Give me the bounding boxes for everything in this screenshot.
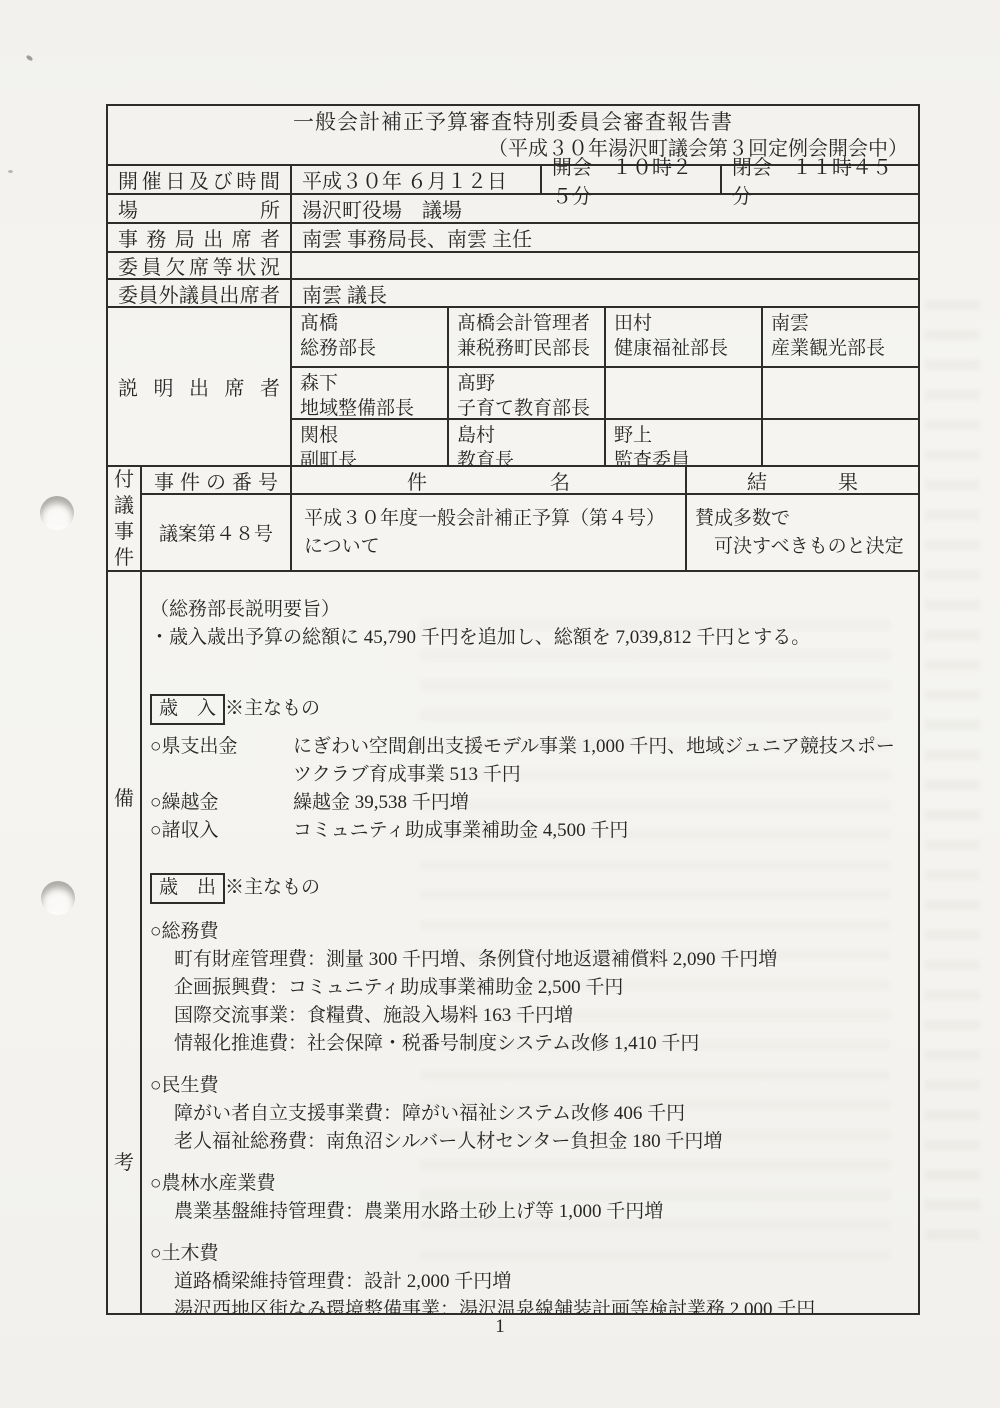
attendee-name: 野上 <box>614 423 753 448</box>
secretariat-label: 事務局出席者 <box>118 223 280 252</box>
nonmember-value: 南雲 議長 <box>292 280 918 306</box>
expense-category: ○民生費 <box>150 1071 906 1100</box>
attendee-name: 南雲 <box>771 311 910 336</box>
attendee-cell: 田村 健康福祉部長 <box>606 308 763 366</box>
attendee-title: 教育長 <box>457 448 596 465</box>
expense-line: 道路橋梁維持管理費：設計 2,000 千円増 <box>150 1268 906 1296</box>
revenue-heading: 歳 入※主なもの <box>150 694 906 725</box>
attendee-name: 田村 <box>614 311 753 336</box>
attendee-name: 髙橋 <box>300 311 439 336</box>
report-title: 一般会計補正予算審査特別委員会審査報告書 <box>108 109 918 136</box>
attendee-name: 関根 <box>300 423 439 448</box>
case-number: 議案第４８号 <box>142 495 292 570</box>
revenue-items: ○県支出金 にぎわい空間創出支援モデル事業 1,000 千円、地域ジュニア競技ス… <box>150 733 906 845</box>
place-label: 場所 <box>118 194 280 223</box>
attendee-title: 産業観光部長 <box>771 336 910 361</box>
attendee-cell: 関根 副町長 <box>292 420 449 465</box>
revenue-item: ○繰越金 繰越金 39,538 千円増 <box>150 789 906 817</box>
expense-box-label: 歳 出 <box>150 873 225 904</box>
hole-punch <box>41 881 75 915</box>
row-place: 場所 湯沢町役場 議場 <box>108 193 918 222</box>
attendee-cell: 森下 地域整備部長 <box>292 368 449 418</box>
notes-side-char-2: 考 <box>114 1146 134 1175</box>
agenda-col-number-label: 事件の番号 <box>154 466 278 495</box>
attendee-title: 健康福祉部長 <box>614 336 753 361</box>
agenda-side-label-cell: 付議事件 <box>108 467 142 570</box>
attendee-cell: 野上 監査委員 <box>606 420 763 465</box>
nonmember-label-cell: 委員外議員出席者 <box>108 280 292 306</box>
attendee-cell-empty <box>606 368 763 418</box>
expense-line: 企画振興費：コミュニティ助成事業補助金 2,500 千円 <box>150 974 906 1002</box>
agenda-header-row: 事件の番号 件名 結果 <box>142 467 918 495</box>
agenda-col-result: 結果 <box>687 467 918 493</box>
scan-speck <box>25 54 33 61</box>
notes-side-char-1: 備 <box>114 782 134 811</box>
attendee-title: 子育て教育部長 <box>457 396 596 418</box>
case-name: 平成３０年度一般会計補正予算（第４号）について <box>292 495 687 570</box>
attendee-cell: 髙橋会計管理者 兼税務町民部長 <box>449 308 606 366</box>
expense-line: 情報化推進費：社会保障・税番号制度システム改修 1,410 千円 <box>150 1030 906 1058</box>
meeting-date: 平成３０年 ６月１２日 <box>292 166 542 193</box>
expense-line: 老人福祉総務費：南魚沼シルバー人材センター負担金 180 千円増 <box>150 1128 906 1156</box>
date-time-label: 開催日及び時間 <box>118 165 280 194</box>
revenue-item-label: ○繰越金 <box>150 789 293 817</box>
absence-value <box>292 253 918 278</box>
revenue-note: ※主なもの <box>225 698 320 719</box>
hole-punch <box>40 496 74 530</box>
attendee-cell-empty <box>763 420 918 465</box>
agenda-case-row: 議案第４８号 平成３０年度一般会計補正予算（第４号）について 賛成多数で 可決す… <box>142 495 918 570</box>
expense-group: ○総務費 町有財産管理費：測量 300 千円増、条例貸付地返還補償料 2,090… <box>150 917 906 1058</box>
expense-category: ○総務費 <box>150 917 906 946</box>
notes-content: （総務部長説明要旨） ・歳入歳出予算の総額に 45,790 千円を追加し、総額を… <box>142 572 918 1313</box>
revenue-item-label: ○諸収入 <box>150 817 293 845</box>
scanned-document-page: { "header": { "title": "一般会計補正予算審査特別委員会審… <box>0 0 1000 1408</box>
expense-line: 湯沢西地区街なみ環境整備事業：湯沢温泉線舗装計画等検討業務 2,000 千円 <box>150 1296 906 1313</box>
attendee-name: 髙橋会計管理者 <box>457 311 596 336</box>
notes-section: 備 考 （総務部長説明要旨） ・歳入歳出予算の総額に 45,790 千円を追加し… <box>108 570 918 1313</box>
committee-report-table: 一般会計補正予算審査特別委員会審査報告書 （平成３０年湯沢町議会第３回定例会開会… <box>106 104 920 1315</box>
summary-line: ・歳入歳出予算の総額に 45,790 千円を追加し、総額を 7,039,812 … <box>150 624 906 652</box>
date-time-label-cell: 開催日及び時間 <box>108 166 292 193</box>
row-nonmember: 委員外議員出席者 南雲 議長 <box>108 278 918 306</box>
expense-group: ○土木費 道路橋梁維持管理費：設計 2,000 千円増 湯沢西地区街なみ環境整備… <box>150 1239 906 1313</box>
revenue-item-desc: コミュニティ助成事業補助金 4,500 千円 <box>293 817 906 845</box>
place-value: 湯沢町役場 議場 <box>292 195 918 222</box>
expense-category: ○土木費 <box>150 1239 906 1268</box>
attendee-title: 副町長 <box>300 448 439 465</box>
row-attendees: 説明出席者 髙橋 総務部長 髙橋会計管理者 兼税務町民部長 田村 健康福祉部長 … <box>108 306 918 465</box>
attendee-name: 島村 <box>457 423 596 448</box>
bleed-through-artifact <box>925 300 980 1250</box>
expense-line: 障がい者自立支援事業費：障がい福祉システム改修 406 千円 <box>150 1100 906 1128</box>
scan-speck <box>8 170 13 173</box>
expense-group: ○農林水産業費 農業基盤維持管理費：農業用水路土砂上げ等 1,000 千円増 <box>150 1169 906 1226</box>
attendees-grid: 髙橋 総務部長 髙橋会計管理者 兼税務町民部長 田村 健康福祉部長 南雲 産業観… <box>292 308 918 465</box>
expense-line: 国際交流事業：食糧費、施設入場料 163 千円増 <box>150 1002 906 1030</box>
revenue-item-desc: にぎわい空間創出支援モデル事業 1,000 千円、地域ジュニア競技スポーツクラブ… <box>293 733 906 789</box>
row-secretariat: 事務局出席者 南雲 事務局長、南雲 主任 <box>108 222 918 251</box>
attendee-title: 総務部長 <box>300 336 439 361</box>
agenda-col-number: 事件の番号 <box>142 467 292 493</box>
agenda-section: 付議事件 事件の番号 件名 結果 議案第４８号 平成３０年度一般会計補正予算（第… <box>108 465 918 570</box>
expense-heading: 歳 出※主なもの <box>150 873 906 904</box>
attendee-cell-empty <box>763 368 918 418</box>
secretariat-value: 南雲 事務局長、南雲 主任 <box>292 224 918 251</box>
attendee-name: 髙野 <box>457 371 596 396</box>
close-time: 閉会 １１時４５分 <box>722 166 918 193</box>
revenue-box-label: 歳 入 <box>150 694 225 725</box>
attendee-cell: 南雲 産業観光部長 <box>763 308 918 366</box>
summary-heading: （総務部長説明要旨） <box>150 596 906 624</box>
expense-line: 農業基盤維持管理費：農業用水路土砂上げ等 1,000 千円増 <box>150 1198 906 1226</box>
agenda-side-label: 付議事件 <box>113 467 135 571</box>
case-result-line1: 賛成多数で <box>695 505 910 533</box>
absence-label-cell: 委員欠席等状況 <box>108 253 292 278</box>
agenda-col-name-label: 件名 <box>407 466 570 495</box>
revenue-item: ○県支出金 にぎわい空間創出支援モデル事業 1,000 千円、地域ジュニア競技ス… <box>150 733 906 789</box>
attendee-title: 兼税務町民部長 <box>457 336 596 361</box>
expense-line: 町有財産管理費：測量 300 千円増、条例貸付地返還補償料 2,090 千円増 <box>150 946 906 974</box>
notes-side-label-cell: 備 考 <box>108 572 142 1313</box>
expense-category: ○農林水産業費 <box>150 1169 906 1198</box>
revenue-item-desc: 繰越金 39,538 千円増 <box>293 789 906 817</box>
attendees-row-1: 髙橋 総務部長 髙橋会計管理者 兼税務町民部長 田村 健康福祉部長 南雲 産業観… <box>292 308 918 366</box>
place-label-cell: 場所 <box>108 195 292 222</box>
attendees-row-3: 関根 副町長 島村 教育長 野上 監査委員 <box>292 418 918 465</box>
expense-note: ※主なもの <box>225 877 320 898</box>
secretariat-label-cell: 事務局出席者 <box>108 224 292 251</box>
row-date-time: 開催日及び時間 平成３０年 ６月１２日 開会 １０時２５分 閉会 １１時４５分 <box>108 164 918 193</box>
case-result-line2: 可決すべきものと決定 <box>695 533 910 561</box>
absence-label: 委員欠席等状況 <box>118 251 280 280</box>
attendee-name: 森下 <box>300 371 439 396</box>
agenda-col-name: 件名 <box>292 467 687 493</box>
attendee-cell: 髙野 子育て教育部長 <box>449 368 606 418</box>
case-result: 賛成多数で 可決すべきものと決定 <box>687 495 918 570</box>
revenue-item: ○諸収入 コミュニティ助成事業補助金 4,500 千円 <box>150 817 906 845</box>
row-absence: 委員欠席等状況 <box>108 251 918 278</box>
nonmember-label: 委員外議員出席者 <box>118 279 280 308</box>
expense-group: ○民生費 障がい者自立支援事業費：障がい福祉システム改修 406 千円 老人福祉… <box>150 1071 906 1156</box>
attendee-cell: 髙橋 総務部長 <box>292 308 449 366</box>
attendees-row-2: 森下 地域整備部長 髙野 子育て教育部長 <box>292 366 918 418</box>
attendees-label: 説明出席者 <box>118 372 280 401</box>
agenda-col-result-label: 結果 <box>747 466 858 495</box>
attendee-title: 監査委員 <box>614 448 753 465</box>
attendees-label-cell: 説明出席者 <box>108 308 292 465</box>
attendee-title: 地域整備部長 <box>300 396 439 418</box>
agenda-main: 事件の番号 件名 結果 議案第４８号 平成３０年度一般会計補正予算（第４号）につ… <box>142 467 918 570</box>
open-time: 開会 １０時２５分 <box>542 166 722 193</box>
page-number: 1 <box>0 1316 1000 1338</box>
revenue-item-label: ○県支出金 <box>150 733 293 789</box>
attendee-cell: 島村 教育長 <box>449 420 606 465</box>
